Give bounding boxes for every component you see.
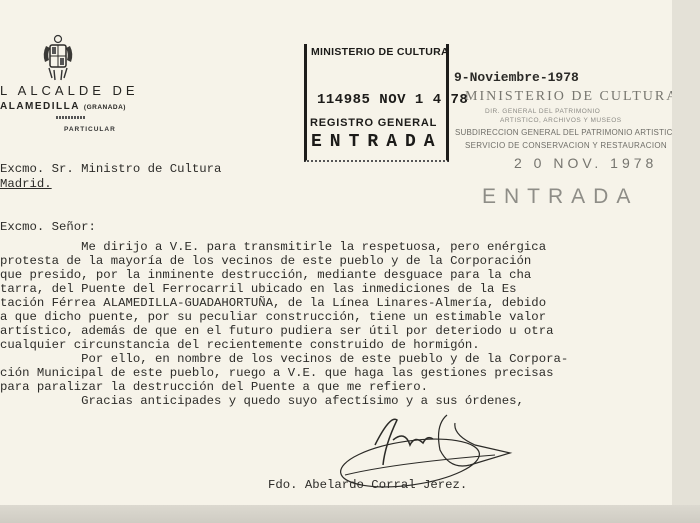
body-line: tación Férrea ALAMEDILLA-GUADAHORTUÑA, d… [0,296,546,310]
receipt-stamp-dir-general-2: ARTISTICO, ARCHIVOS Y MUSEOS [500,117,622,124]
registry-stamp-registro: REGISTRO GENERAL [310,117,437,129]
body-line: tarra, del Puente del Ferrocarril ubicad… [0,282,517,296]
receipt-stamp-ministry: MINISTERIO DE CULTURA [465,89,678,105]
letter-page: L ALCALDE DE ALAMEDILLA (GRANADA) PARTIC… [0,0,673,507]
receipt-stamp-servicio: SERVICIO DE CONSERVACION Y RESTAURACION [465,141,667,150]
receipt-stamp-date: 2 0 NOV. 1978 [514,155,657,171]
letterhead-subtitle: PARTICULAR [64,126,116,133]
province-name: (GRANADA) [84,104,126,111]
underlying-page [0,505,700,523]
body-line: ción Municipal de este pueblo, ruego a V… [0,366,553,380]
registry-stamp-entrada: ENTRADA [311,132,443,152]
coat-of-arms-icon [40,34,76,82]
registry-stamp-number: 114985 NOV 1 4 78 [317,92,468,108]
letterhead-divider [56,116,86,119]
letterhead-title: L ALCALDE DE [0,83,139,98]
background-strip [672,0,700,505]
body-line: que presido, por la inminente destrucció… [0,268,531,282]
addressee-line-1: Excmo. Sr. Ministro de Cultura [0,162,221,176]
body-line: protesta de la mayoría de los vecinos de… [0,254,531,268]
body-line: Por ello, en nombre de los vecinos de es… [0,352,568,366]
body-line: a que dicho puente, por su peculiar cons… [0,310,546,324]
town-name: ALAMEDILLA [0,101,80,112]
body-line: para paralizar la destrucción del Puente… [0,380,428,394]
registry-stamp: MINISTERIO DE CULTURA 114985 NOV 1 4 78 … [304,44,449,162]
body-line: artístico, además de que en el futuro pu… [0,324,553,338]
receipt-stamp-dir-general: DIR. GENERAL DEL PATRIMONIO [485,108,600,115]
signature-name: Fdo. Abelardo Corral Jerez. [268,478,467,492]
receipt-stamp-subdireccion: SUBDIRECCION GENERAL DEL PATRIMONIO ARTI… [455,128,679,137]
letterhead-town: ALAMEDILLA (GRANADA) [0,101,126,112]
receipt-stamp-entrada: ENTRADA [482,185,638,209]
addressee-line-2: Madrid. [0,177,52,191]
letter-date: 9-Noviembre-1978 [454,70,579,85]
body-line: Me dirijo a V.E. para transmitirle la re… [0,240,546,254]
body-line: cualquier circunstancia del recientement… [0,338,480,352]
salutation: Excmo. Señor: [0,220,96,234]
registry-stamp-ministry: MINISTERIO DE CULTURA [311,46,449,58]
